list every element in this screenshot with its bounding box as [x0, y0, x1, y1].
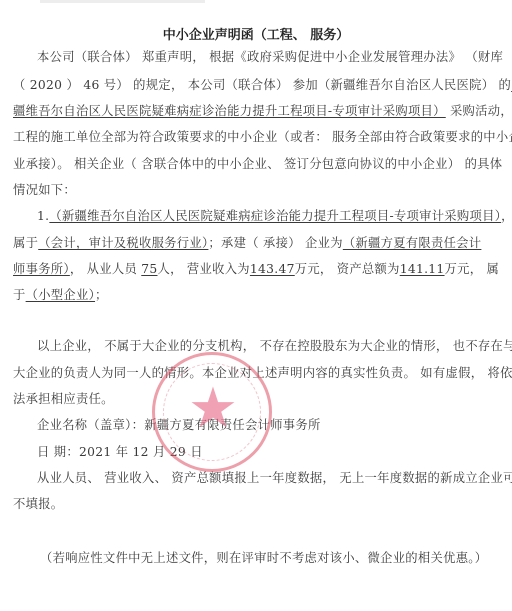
item-number: 1. — [37, 209, 49, 223]
paragraph2-line1: 以上企业， 不属于大企业的分支机构， 不存在控股股东为大企业的情形， 也不存在与 — [37, 336, 512, 354]
paragraph1-line4: 工程的施工单位全部为符合政策要求的中小企业（或者： 服务全部由符合政策要求的中小… — [13, 127, 512, 145]
note-line2: 不填报。 — [13, 494, 63, 512]
paragraph2-line3: 法承担相应责任。 — [13, 389, 114, 407]
item-end: ； — [95, 288, 108, 302]
project-name: 疆维吾尔自治区人民医院疑难病症诊治能力提升工程项目-专项审计采购项目） — [13, 104, 446, 118]
paragraph1-line1: 本公司（联合体） 郑重声明， 根据《政府采购促进中小企业发展管理办法》 （财库 — [37, 47, 503, 65]
item1-line1: 1.（新疆维吾尔自治区人民医院疑难病症诊治能力提升工程项目-专项审计采购项目）， — [37, 206, 512, 224]
signature-company: 企业名称（盖章）：新疆方夏有限责任会计师事务所 — [37, 415, 321, 433]
item1-line2: 属于（会计，审计及税收服务行业）；承建（ 承接） 企业为（新疆方夏有限责任会计 — [13, 233, 481, 251]
paragraph1-line3: 疆维吾尔自治区人民医院疑难病症诊治能力提升工程项目-专项审计采购项目） 采购活动… — [13, 101, 512, 119]
item-project: （新疆维吾尔自治区人民医院疑难病症诊治能力提升工程项目-专项审计采购项目） — [49, 209, 501, 223]
assets-unit: 万元， 属 — [445, 262, 500, 276]
assets-value: 141.11 — [400, 262, 445, 276]
company-name-part2: 师事务所） — [13, 262, 70, 276]
type-label: 于 — [13, 288, 26, 302]
assets-label: 万元， 资产总额为 — [295, 262, 400, 276]
employees-label: ， 从业人员 — [70, 262, 137, 276]
scan-artifact-line — [40, 0, 205, 3]
paragraph2-line2: 大企业的负责人为同一人的情形。本企业对上述声明内容的真实性负责。 如有虚假， 将… — [13, 363, 512, 381]
contractor-label: ；承建（ 承接） 企业为 — [208, 236, 342, 250]
belongs-label: 属于 — [13, 236, 38, 250]
item-comma: ， — [501, 209, 512, 223]
note-line1: 从业人员、 营业收入、 资产总额填报上一年度数据， 无上一年度数据的新成立企业可 — [37, 468, 512, 486]
company-name-part1: （新疆方夏有限责任会计 — [343, 236, 482, 250]
signature-date: 日 期：2021 年 12 月 29 日 — [37, 442, 203, 460]
revenue-label: 人， 营业收入为 — [158, 262, 250, 276]
employees-value: 75 — [141, 262, 157, 276]
enterprise-type: （小型企业） — [26, 288, 95, 302]
paragraph1-line5: 业承接）。 相关企业（ 含联合体中的中小企业、 签订分包意向协议的中小企业） 的… — [13, 154, 502, 172]
paragraph1-line2: （ 2020 ） 46 号） 的规定， 本公司（联合体） 参加（新疆维吾尔自治区… — [13, 75, 512, 93]
paragraph1-line3-text: 采购活动， — [446, 104, 512, 118]
item1-line3: 师事务所）， 从业人员 75人， 营业收入为143.47万元， 资产总额为141… — [13, 259, 499, 277]
document-title: 中小企业声明函（工程、 服务） — [0, 24, 512, 43]
paragraph1-line6: 情况如下： — [13, 180, 76, 198]
revenue-value: 143.47 — [250, 262, 295, 276]
item1-line4: 于（小型企业）； — [13, 285, 108, 303]
footer-note: （若响应性文件中无上述文件，则在评审时不考虑对该小、微企业的相关优惠。） — [40, 548, 487, 566]
paragraph1-line2-text: （ 2020 ） 46 号） 的规定， 本公司（联合体） 参加（新疆维吾尔自治区… — [13, 78, 511, 92]
industry: （会计，审计及税收服务行业） — [38, 236, 208, 250]
